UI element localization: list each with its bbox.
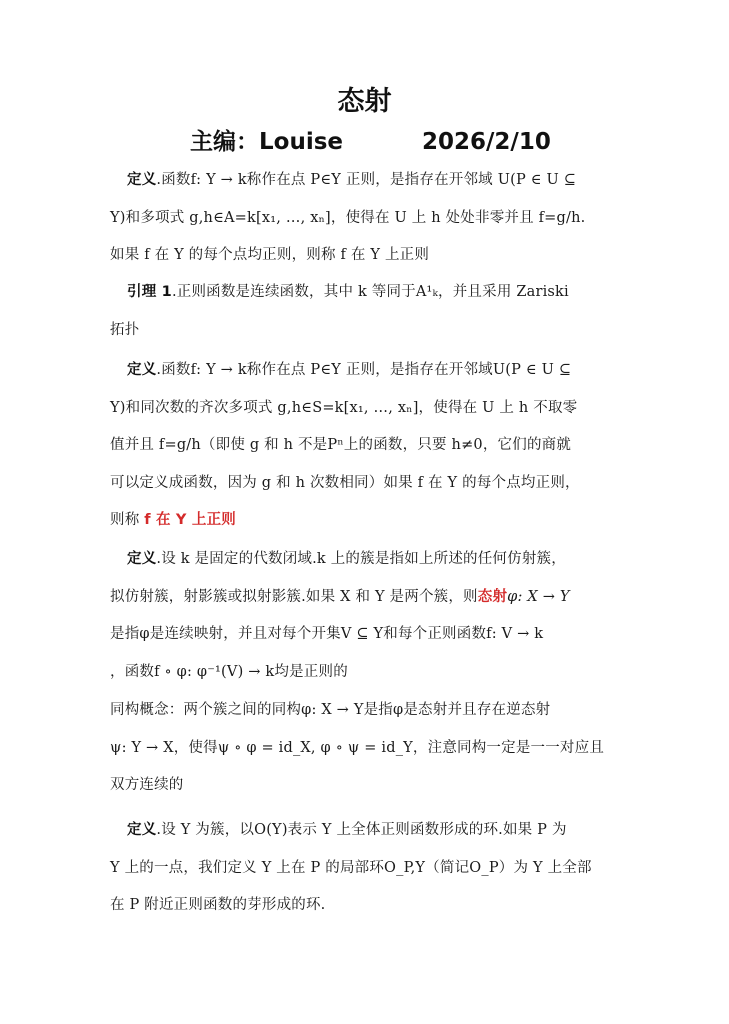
text-line: .函数f: Y → k称作在点 P∈Y 正则，是指存在开邻域 U(P ∈ U ⊆ <box>156 172 576 188</box>
text-line: Y)和多项式 g,h∈A=k[x₁, …, xₙ]，使得在 U 上 h 处处非零… <box>110 200 630 238</box>
text-line: 如果 f 在 Y 的每个点均正则，则称 f 在 Y 上正则 <box>110 237 630 275</box>
text-line: Y)和同次数的齐次多项式 g,h∈S=k[x₁, …, xₙ]，使得在 U 上 … <box>110 390 630 428</box>
definition-regular-function-projective: 定义.函数f: Y → k称作在点 P∈Y 正则，是指存在开邻域U(P ∈ U … <box>110 352 630 540</box>
isomorphism-note: 同构概念：两个簇之间的同构φ: X → Y是指φ是态射并且存在逆态射 ψ: Y … <box>110 692 630 805</box>
text-line: 双方连续的 <box>110 767 630 805</box>
text-line: 可以定义成函数，因为 g 和 h 次数相同）如果 f 在 Y 的每个点均正则， <box>110 465 630 503</box>
text-line: 在 P 附近正则函数的芽形成的环. <box>110 887 630 925</box>
text-line: .设 k 是固定的代数闭域.k 上的簇是指如上所述的任何仿射簇， <box>156 551 566 567</box>
document-title: 态射 <box>0 84 729 120</box>
text-line-prefix: 拟仿射簇，射影簇或拟射影簇.如果 X 和 Y 是两个簇，则 <box>110 589 478 605</box>
definition-label: 定义 <box>127 172 156 188</box>
definition-regular-function-affine: 定义.函数f: Y → k称作在点 P∈Y 正则，是指存在开邻域 U(P ∈ U… <box>110 162 630 275</box>
highlight-morphism: 态射 <box>478 589 507 605</box>
document-date: 2026/2/10 <box>422 126 551 158</box>
definition-morphism: 定义.设 k 是固定的代数闭域.k 上的簇是指如上所述的任何仿射簇， 拟仿射簇，… <box>110 541 630 691</box>
editor-label: 主编：Louise <box>190 129 343 155</box>
text-line: 拓扑 <box>110 312 630 350</box>
text-line: ψ: Y → X，使得ψ ∘ φ = id_X, φ ∘ ψ = id_Y，注意… <box>110 730 630 768</box>
text-line: Y 上的一点，我们定义 Y 上在 P 的局部环O_P,Y（简记O_P）为 Y 上… <box>110 850 630 888</box>
text-line: 值并且 f=g/h（即使 g 和 h 不是Pⁿ上的函数，只要 h≠0，它们的商就 <box>110 427 630 465</box>
lemma-1: 引理 1.正则函数是连续函数，其中 k 等同于A¹ₖ，并且采用 Zariski … <box>110 274 630 349</box>
document-page: 态射 主编：Louise 2026/2/10 定义.函数f: Y → k称作在点… <box>0 0 729 1024</box>
document-subtitle: 主编：Louise 2026/2/10 <box>190 126 590 158</box>
text-line-prefix: 则称 <box>110 512 144 528</box>
definition-local-ring: 定义.设 Y 为簇，以O(Y)表示 Y 上全体正则函数形成的环.如果 P 为 Y… <box>110 812 630 925</box>
text-line: 同构概念：两个簇之间的同构φ: X → Y是指φ是态射并且存在逆态射 <box>110 692 630 730</box>
math-morphism-map: φ: X → Y <box>507 589 570 605</box>
definition-label: 定义 <box>127 822 156 838</box>
definition-label: 定义 <box>127 362 156 378</box>
text-line: .函数f: Y → k称作在点 P∈Y 正则，是指存在开邻域U(P ∈ U ⊆ <box>156 362 571 378</box>
text-line: .设 Y 为簇，以O(Y)表示 Y 上全体正则函数形成的环.如果 P 为 <box>156 822 566 838</box>
text-line: .正则函数是连续函数，其中 k 等同于A¹ₖ，并且采用 Zariski <box>172 284 569 300</box>
highlight-regular-on-Y: f 在 Y 上正则 <box>144 512 236 528</box>
text-line: 是指φ是连续映射，并且对每个开集V ⊆ Y和每个正则函数f: V → k <box>110 616 630 654</box>
text-line: ，函数f ∘ φ: φ⁻¹(V) → k均是正则的 <box>110 654 630 692</box>
lemma-label: 引理 1 <box>127 284 172 300</box>
definition-label: 定义 <box>127 551 156 567</box>
